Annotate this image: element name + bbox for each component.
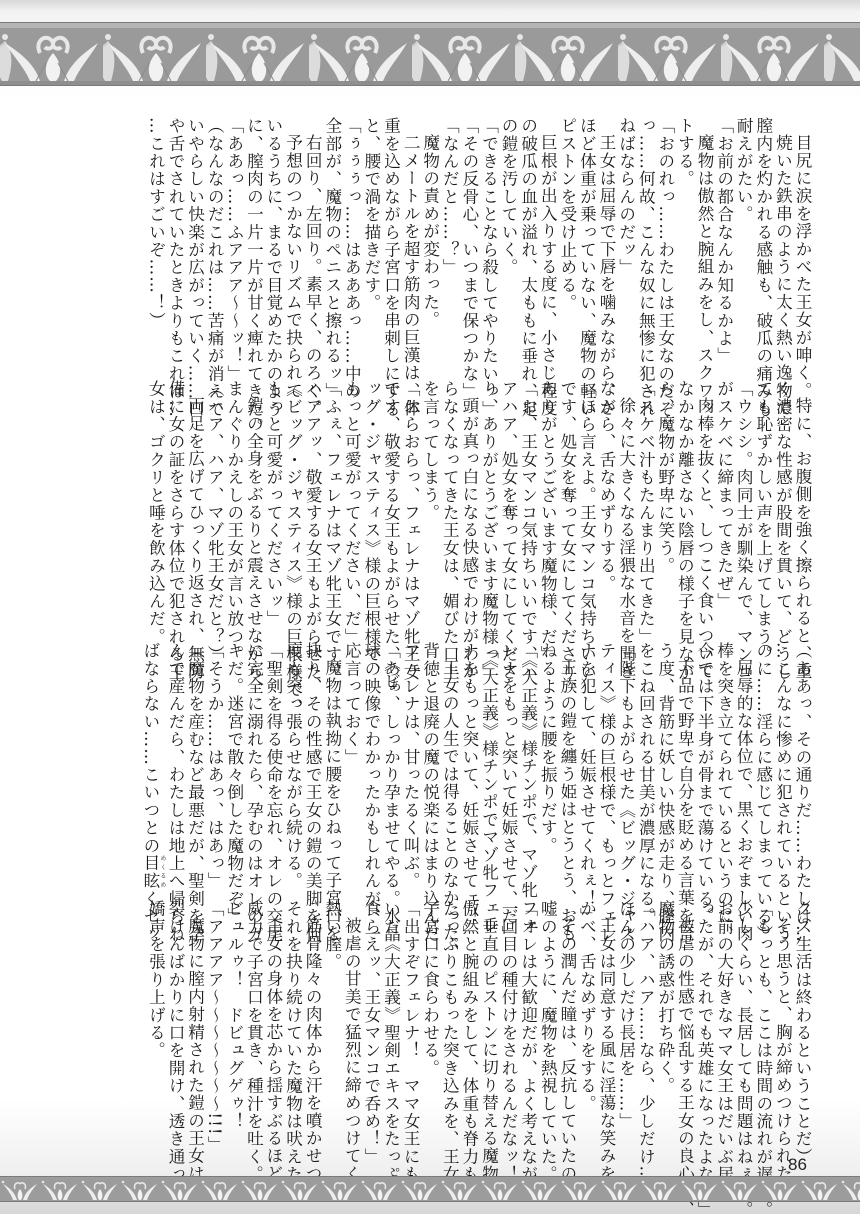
furigana: 目眩めくるめ (141, 854, 160, 889)
text-column: 全部が、魔物のペニスと擦れるッ」 (322, 117, 342, 372)
text-column: 「あぁ、しっかり孕ませてやる。水晶 (381, 642, 401, 897)
text-column: ナをもっと突いて、妊娠させてェ！」 (459, 642, 479, 897)
text-column: 嬌声を張り上げる。 (146, 900, 166, 1155)
text-column: 《ビッグ・ジャスティス》様の巨根様で、 (283, 380, 303, 635)
text-column: 特に、お腹側を強く擦られると、重 (792, 380, 812, 635)
text-column: 女は、ゴクリと唾を飲み込んだ。 (146, 380, 166, 635)
text-column: の破瓜の血が溢れ、太ももに垂れ、足 (518, 117, 538, 372)
text-block-2: 特に、お腹側を強く擦られると、重く濃密な性感が股間を貫いて、どうしても恥ずかしい… (118, 380, 812, 635)
text-column: 二メートルを超す筋肉の巨漢は、体 (401, 117, 421, 372)
text-column: 「ぅぅぅっ……はあああっ……中の (342, 117, 362, 372)
text-column: 下品で野卑で自分を貶める言葉を言 (675, 642, 695, 897)
text-column: 裂けんばかりに口を開け、透き通った (165, 900, 185, 1155)
text-column: 膣内を灼かれる感触も、破瓜の痛みも (753, 117, 773, 372)
text-column: 「ウシシ。肉同士が馴染んで、マンコ (734, 380, 754, 635)
text-column: 徐々に大きくなる淫猥な水音を聞き (616, 380, 636, 635)
text-column: 筋骨隆々の肉体から汗を噴かせつつ (303, 900, 323, 1155)
text-column: フェレナは、甘ったるく叫ぶ。 (401, 642, 421, 897)
text-column: 予想のつかないリズムで抉られて (283, 117, 303, 372)
text-block-4: クス生活は終わるということだ）そう思うと、胸が締めつけられた。「もっとも、ここは… (118, 900, 812, 1155)
text-column: 「ああっ……ふアアア〜〜ッ！」 (224, 117, 244, 372)
text-column: まんぐりかえしの王女が言い放つ。 (224, 380, 244, 635)
text-column: 「お、王女マンコ気持ちいいです、ハ (518, 380, 538, 635)
text-column: もっと可愛がってください、だ」 (342, 380, 362, 635)
text-column: そう思うと、胸が締めつけられた。 (773, 900, 793, 1155)
text-column: その潤んだ瞳は、反抗していたのが (557, 900, 577, 1155)
text-column: もっと可愛がってくださいッ」 (263, 380, 283, 635)
text-column: 「もっとも、ここは時間の流れが遅い。 (753, 900, 773, 1155)
text-column: 抉り、その性感で王女の鎧の美脚を何 (303, 642, 323, 897)
text-column: レナをもっと突いて妊娠させて、だ」 (499, 642, 519, 897)
text-column: 「そうか……はあっ、はあっ」 (205, 642, 225, 897)
text-column: 「おらおらっ、フェレナはマゾ牝王女 (401, 380, 421, 635)
text-column: ピストンを受け止める。 (557, 117, 577, 372)
text-block-3: （ああっ、その通りだ……わたしは……こんなに惨めに犯されているというのに……淫ら… (118, 642, 812, 897)
text-column: なかなか離さない陰唇の様子を見なが (675, 380, 695, 635)
text-column: ほんの少しだけ長居を……」 (616, 900, 636, 1155)
text-column: 頭が真っ白になる快感でわけがわか (459, 380, 479, 635)
text-column: 目尻に涙を浮かべた王女が呻く。 (792, 117, 812, 372)
text-column: 「ハア、ハア……なら、少しだけ…… (636, 900, 656, 1155)
text-column: 棒を突き立てられているというのに、 (714, 642, 734, 897)
text-column: ティス》様の巨根様で、もっとフェレ (596, 642, 616, 897)
text-column: かべ、舌なめずりをする。 (577, 900, 597, 1155)
text-column: 「お前の都合なんか知るかよ」 (714, 117, 734, 372)
text-column: 巨根が出入りする度に、小さじ程度 (538, 117, 558, 372)
text-column: 少しくらい、長居しても問題はねぇさ。 (734, 900, 754, 1155)
text-column: トする。 (675, 117, 695, 372)
text-column: 魔物は傲然と腕組みをし、スクワッ (694, 117, 714, 372)
text-column: 球の映像でわかったかもしれんが、一 (361, 642, 381, 897)
text-column: 食らえッ、王女マンコで呑め！」 (361, 900, 381, 1155)
text-column: 「ほら言えよ。王女マンコ気持ちいい (577, 380, 597, 635)
text-column: らなくなってきた王女は、媚びた口上 (440, 380, 460, 635)
text-column: 魔物に膣内射精された鎧の王女は、 (185, 900, 205, 1155)
text-column: （なんなのだこれは……苦痛が消えて (205, 117, 225, 372)
text-column: 魔物の誘惑が打ち砕く。 (655, 900, 675, 1155)
ornamental-border-top (0, 22, 860, 86)
text-column: っ……何故、こんな奴に無惨に犯され (636, 117, 656, 372)
text-column: 傲然と腕組みをして、体重も脊力も (459, 900, 479, 1155)
text-column: 背徳と退廃の魔の悦楽にはまり込んだ (420, 642, 440, 897)
text-column: 威力で子宮口を貫き、種汁を吐く。 (244, 900, 264, 1155)
text-column: 屈辱的な体位で、黒くおぞましい肉 (734, 642, 754, 897)
text-column: ねるように腰を振りだす。 (538, 642, 558, 897)
text-column: いやらしい快楽が広がっていく……口 (185, 117, 205, 372)
text-column: 魔物は執拗に腰をひねって子宮口を (322, 642, 342, 897)
text-column: ねばならんのだッ」 (616, 117, 636, 372)
text-column: 魔物の責めが変わった。 (420, 117, 440, 372)
text-column: ても恥ずかしい声を上げてしまう。 (753, 380, 773, 635)
text-column: 備に女の証をさらす体位で犯される王 (165, 380, 185, 635)
text-column: 熱い膣。 (322, 900, 342, 1155)
text-column: がスケベに締まってきたぜ」 (714, 380, 734, 635)
text-column: ばならない……こいつとの目眩めくるめくセッ (140, 642, 165, 897)
text-column: ハアアッ、敬愛する女王もよがらせた (303, 380, 323, 635)
text-column: ら、魔物が野卑に笑う。 (655, 380, 675, 635)
text-column: ッグ・ジャスティス》様の巨根様で、 (361, 380, 381, 635)
text-column: んで産んだら、わたしは地上へ帰らね (165, 642, 185, 897)
text-column: 耐えがたい。 (734, 117, 754, 372)
text-column: 焼いた鉄串のように太く熱い逸物で (773, 117, 793, 372)
text-column: お前の大好きなママ女王はだいぶ居座 (714, 900, 734, 1155)
text-column: ながら、舌なめずりする。 (596, 380, 616, 635)
text-column: 垂直のピストンに切り替える魔物。 (479, 900, 499, 1155)
text-column: 今では下半身が骨まで蕩けている。 (694, 642, 714, 897)
text-column: 「おのれっ……わたしは王女なのだぞ (655, 117, 675, 372)
text-column: （ハア、ハア、マゾ牝王女だと？） (205, 380, 225, 635)
text-column: や舌でされていたときよりもこれは… (165, 117, 185, 372)
text-column: に完全に溺れたら、孕むのはオレのガ (244, 642, 264, 897)
text-column: を言ってしまう。 (420, 380, 440, 635)
text-column: 「出すぞフェレナ！ ママ女王にも注 (401, 900, 421, 1155)
text-column: に、膣肉の一片一片が甘く痺れてきた。 (244, 117, 264, 372)
text-column: 王女は屈辱で下唇を噛みながら、さ (596, 117, 616, 372)
text-column: 王女は同意する風に淫蕩な笑みを浮 (596, 900, 616, 1155)
text-column: です、敬愛する女王もよがらせた、《ビ (381, 380, 401, 635)
text-column: をこね回される甘美が濃厚になる。 (636, 642, 656, 897)
text-column: う度、背筋に妖しい快感が走り、膣内 (655, 642, 675, 897)
text-column: り、ありがとうございます魔物様っ」 (479, 380, 499, 635)
text-column: 王族の鎧を纏う姫はとうとう、おも (557, 642, 577, 897)
text-column: 「できることなら殺してやりたいっ」 (479, 117, 499, 372)
text-column: ほど体重が乗っていない、魔物の軽い (577, 117, 597, 372)
text-column: ありがとうございます魔物様、だ」 (538, 380, 558, 635)
text-column: ったが、それでも英雄になったよなァ」 (694, 900, 714, 1155)
text-column: …これはすごいぞ……！） (146, 117, 166, 372)
text-column: （魔物を産むなど最悪だが、聖剣を孕 (185, 642, 205, 897)
text-column: 子宮口に食らわせる。 (420, 900, 440, 1155)
text-column: たっぷりこもった突き込みを、王女の (440, 900, 460, 1155)
text-column: 嘘のように、魔物を熱視していた。 (538, 900, 558, 1155)
text-column: 王女の人生では得ることのなかった、 (440, 642, 460, 897)
text-column: いだ《大正義》聖剣エキスをたっぷり (381, 900, 401, 1155)
text-column: 応言っておく」 (342, 642, 362, 897)
text-column: 度も突っ張らせながら続ける。 (283, 642, 303, 897)
text-column: 王女の身体を芯から揺すぶるほどの (263, 900, 283, 1155)
text-column: 右回り、左回り。素早く、のろく。 (303, 117, 323, 372)
text-column: いるうちに、まるで目覚めたかのよう (263, 117, 283, 372)
text-column: …こんなに惨めに犯されているという (773, 642, 793, 897)
text-column: クス生活は終わるということだ） (792, 900, 812, 1155)
ornamental-border-bottom (0, 1176, 860, 1202)
text-column: 「陛下もよがらせた《ビッグ・ジャス (616, 642, 636, 897)
text-column: です、処女を奪って女にしてくださり、 (557, 380, 577, 635)
text-column: ナを犯して、妊娠させてくれぇ！」 (577, 642, 597, 897)
acanthus-ornament-icon (0, 1177, 860, 1201)
text-column: 「その反骨心、いつまで保つかな」 (459, 117, 479, 372)
text-column: 被虐の甘美で猛烈に締めつけてくる (342, 900, 362, 1155)
text-column: 「ふぇ、フェレナはマゾ牝王女です、 (322, 380, 342, 635)
text-column: それを抉り続けていた魔物は吠えた。 (283, 900, 303, 1155)
text-column: キだ。迷宮で散々倒した魔物だぞ」 (224, 642, 244, 897)
text-column: 「オレは大歓迎だが、よく考えながら (518, 900, 538, 1155)
text-column: 「《大正義》様チンポで、マゾ牝フェ (518, 642, 538, 897)
text-column: 「アアアア〜〜〜〜〜〜〜!!!」 (205, 900, 225, 1155)
text-column: 「聖剣を得る使命を忘れ、オレの交尾 (263, 642, 283, 897)
text-column: 重を込めながら子宮口を串刺しにする (381, 117, 401, 372)
text-column: 「《大正義》様チンポでマゾ牝フェレ (479, 642, 499, 897)
text-column: と、腰で渦を描きだす。 (361, 117, 381, 372)
text-column: 「スケベ汁もたんまり出てきた」 (636, 380, 656, 635)
text-column: 両足を広げてひっくり返され、無防 (185, 380, 205, 635)
text-column: 一回目の種付けをされるんだなッ！」 (499, 900, 519, 1155)
text-column: 肉棒を抜くと、しつこく食いついて (694, 380, 714, 635)
text-block-1: 目尻に涙を浮かべた王女が呻く。焼いた鉄串のように太く熱い逸物で膣内を灼かれる感触… (118, 117, 812, 372)
text-column: アハア、処女を奪って女にしてくださ (499, 380, 519, 635)
text-column: ビュルゥ！ ドビュグゲゥ！ (224, 900, 244, 1155)
text-column: 「なんだと……？」 (440, 117, 460, 372)
page-number: 86 (788, 1155, 807, 1175)
text-column: く濃密な性感が股間を貫いて、どうし (773, 380, 793, 635)
acanthus-ornament-icon (0, 23, 860, 85)
text-column: （ああっ、その通りだ……わたしは… (792, 642, 812, 897)
text-column: の鎧を汚していく。 (499, 117, 519, 372)
text-column: 鎧の全身をぶるりと震えさせながら、 (244, 380, 264, 635)
text-column: のに……淫らに感じてしまっている） (753, 642, 773, 897)
text-column: 被虐の性感で悩乱する王女の良心を、 (675, 900, 695, 1155)
